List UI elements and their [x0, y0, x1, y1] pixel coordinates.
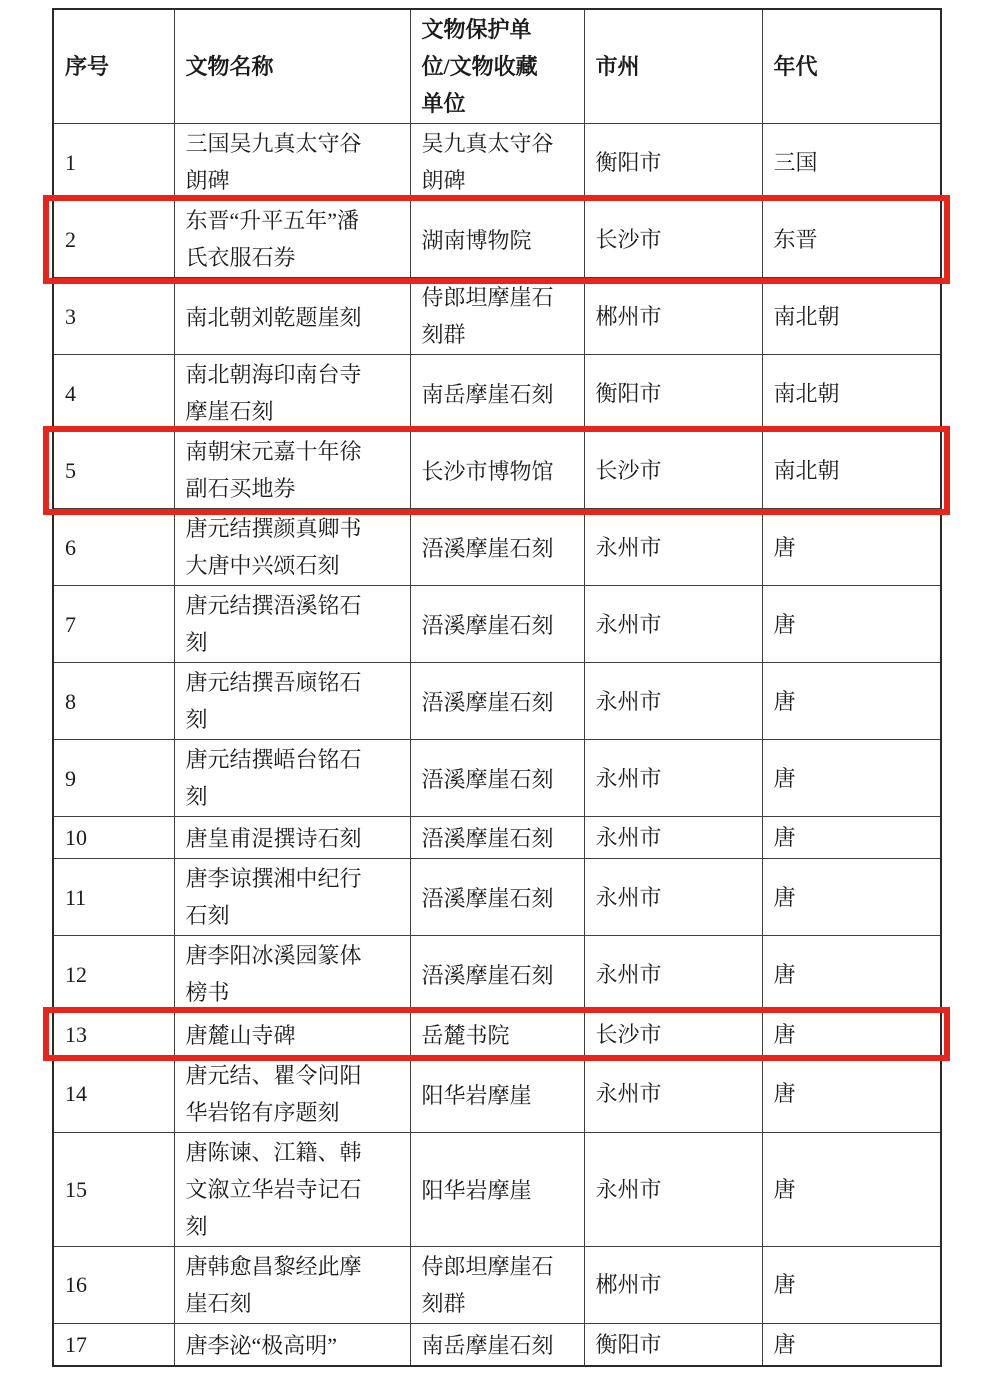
cell-city: 永州市: [584, 1055, 762, 1132]
cell-era: 唐: [762, 1013, 941, 1055]
cell-unit: 湖南博物院: [410, 201, 584, 278]
cell-name-text: 唐韩愈昌黎经此摩崖石刻: [186, 1248, 366, 1322]
cell-name: 唐元结撰浯溪铭石刻: [174, 586, 410, 663]
cell-city: 永州市: [584, 817, 762, 859]
table-row: 13唐麓山寺碑岳麓书院长沙市唐: [53, 1013, 941, 1055]
cell-unit-text: 侍郎坦摩崖石刻群: [422, 279, 558, 353]
cell-unit: 浯溪摩崖石刻: [410, 586, 584, 663]
cell-unit-text: 浯溪摩崖石刻: [422, 957, 554, 994]
cell-name: 唐元结撰颜真卿书大唐中兴颂石刻: [174, 509, 410, 586]
cell-unit: 阳华岩摩崖: [410, 1132, 584, 1246]
cell-name: 唐李泌“极高明”: [174, 1323, 410, 1366]
cell-unit-text: 南岳摩崖石刻: [422, 1327, 554, 1364]
cell-no: 2: [53, 201, 174, 278]
cell-city: 永州市: [584, 663, 762, 740]
table-row: 4南北朝海印南台寺摩崖石刻南岳摩崖石刻衡阳市南北朝: [53, 355, 941, 432]
cell-no: 4: [53, 355, 174, 432]
cell-era: 东晋: [762, 201, 941, 278]
cell-city: 郴州市: [584, 1246, 762, 1323]
cell-city: 永州市: [584, 1132, 762, 1246]
table-row: 1三国吴九真太守谷朗碑吴九真太守谷朗碑衡阳市三国: [53, 124, 941, 201]
cell-unit-text: 湖南博物院: [422, 222, 532, 259]
cell-unit-text: 浯溪摩崖石刻: [422, 530, 554, 567]
cell-no: 3: [53, 278, 174, 355]
table-row: 9唐元结撰峿台铭石刻浯溪摩崖石刻永州市唐: [53, 740, 941, 817]
cell-era: 唐: [762, 1132, 941, 1246]
cell-no: 16: [53, 1246, 174, 1323]
cell-name-text: 南北朝海印南台寺摩崖石刻: [186, 356, 366, 430]
column-header-name: 文物名称: [174, 9, 410, 124]
cell-name-text: 南朝宋元嘉十年徐副石买地券: [186, 433, 366, 507]
cell-era: 唐: [762, 817, 941, 859]
cell-name: 唐李阳冰溪园篆体榜书: [174, 936, 410, 1013]
cell-unit: 浯溪摩崖石刻: [410, 740, 584, 817]
cell-name: 唐韩愈昌黎经此摩崖石刻: [174, 1246, 410, 1323]
cell-name-text: 唐李泌“极高明”: [186, 1327, 338, 1364]
cell-name-text: 唐元结撰峿台铭石刻: [186, 741, 366, 815]
cell-unit: 长沙市博物馆: [410, 432, 584, 509]
cell-name: 南北朝刘乾题崖刻: [174, 278, 410, 355]
cell-unit-text: 长沙市博物馆: [422, 453, 554, 490]
table-row: 16唐韩愈昌黎经此摩崖石刻侍郎坦摩崖石刻群郴州市唐: [53, 1246, 941, 1323]
cell-no: 1: [53, 124, 174, 201]
cell-name-text: 唐元结撰颜真卿书大唐中兴颂石刻: [186, 510, 366, 584]
table-row: 17唐李泌“极高明”南岳摩崖石刻衡阳市唐: [53, 1323, 941, 1366]
cell-no: 9: [53, 740, 174, 817]
cell-name: 唐麓山寺碑: [174, 1013, 410, 1055]
table-row: 14唐元结、瞿令问阳华岩铭有序题刻阳华岩摩崖永州市唐: [53, 1055, 941, 1132]
table-row: 6唐元结撰颜真卿书大唐中兴颂石刻浯溪摩崖石刻永州市唐: [53, 509, 941, 586]
cell-city: 长沙市: [584, 432, 762, 509]
cell-city: 郴州市: [584, 278, 762, 355]
cell-name: 南朝宋元嘉十年徐副石买地券: [174, 432, 410, 509]
cell-unit-text: 阳华岩摩崖: [422, 1172, 532, 1209]
table-row: 8唐元结撰吾庼铭石刻浯溪摩崖石刻永州市唐: [53, 663, 941, 740]
table-row: 5南朝宋元嘉十年徐副石买地券长沙市博物馆长沙市南北朝: [53, 432, 941, 509]
cell-era: 南北朝: [762, 278, 941, 355]
cell-unit-text: 浯溪摩崖石刻: [422, 607, 554, 644]
cell-unit: 浯溪摩崖石刻: [410, 859, 584, 936]
column-header-city: 市州: [584, 9, 762, 124]
cell-no: 13: [53, 1013, 174, 1055]
cell-era: 南北朝: [762, 355, 941, 432]
cell-name-text: 唐麓山寺碑: [186, 1017, 296, 1054]
cell-era: 唐: [762, 509, 941, 586]
cell-era: 唐: [762, 1323, 941, 1366]
cell-unit: 侍郎坦摩崖石刻群: [410, 278, 584, 355]
cell-unit: 浯溪摩崖石刻: [410, 817, 584, 859]
cell-name: 唐元结、瞿令问阳华岩铭有序题刻: [174, 1055, 410, 1132]
cell-name: 唐皇甫湜撰诗石刻: [174, 817, 410, 859]
cell-unit-text: 浯溪摩崖石刻: [422, 761, 554, 798]
cell-city: 衡阳市: [584, 1323, 762, 1366]
column-header-no: 序号: [53, 9, 174, 124]
cell-unit-text: 侍郎坦摩崖石刻群: [422, 1248, 558, 1322]
cell-era: 南北朝: [762, 432, 941, 509]
cell-name: 唐李谅撰湘中纪行石刻: [174, 859, 410, 936]
cell-unit: 侍郎坦摩崖石刻群: [410, 1246, 584, 1323]
cell-era: 唐: [762, 740, 941, 817]
cell-era: 唐: [762, 1055, 941, 1132]
cell-no: 15: [53, 1132, 174, 1246]
cell-name: 唐元结撰峿台铭石刻: [174, 740, 410, 817]
cell-era: 唐: [762, 586, 941, 663]
cell-unit-text: 吴九真太守谷朗碑: [422, 125, 558, 199]
cell-no: 14: [53, 1055, 174, 1132]
cell-unit-text: 浯溪摩崖石刻: [422, 684, 554, 721]
cell-city: 永州市: [584, 740, 762, 817]
cell-name-text: 唐李阳冰溪园篆体榜书: [186, 937, 366, 1011]
cell-no: 17: [53, 1323, 174, 1366]
table-row: 10唐皇甫湜撰诗石刻浯溪摩崖石刻永州市唐: [53, 817, 941, 859]
table-row: 15唐陈谏、江籍、韩文溆立华岩寺记石刻阳华岩摩崖永州市唐: [53, 1132, 941, 1246]
cell-unit: 南岳摩崖石刻: [410, 355, 584, 432]
cell-city: 永州市: [584, 936, 762, 1013]
cell-era: 唐: [762, 663, 941, 740]
cell-unit: 南岳摩崖石刻: [410, 1323, 584, 1366]
cell-city: 长沙市: [584, 201, 762, 278]
cell-name-text: 南北朝刘乾题崖刻: [186, 299, 362, 336]
cell-city: 永州市: [584, 586, 762, 663]
cell-name-text: 唐李谅撰湘中纪行石刻: [186, 860, 366, 934]
table-row: 12唐李阳冰溪园篆体榜书浯溪摩崖石刻永州市唐: [53, 936, 941, 1013]
cell-name-text: 唐元结、瞿令问阳华岩铭有序题刻: [186, 1057, 366, 1131]
document-page: 序号文物名称文物保护单位/文物收藏单位市州年代 1三国吴九真太守谷朗碑吴九真太守…: [0, 0, 993, 1376]
cell-era: 唐: [762, 1246, 941, 1323]
cell-no: 12: [53, 936, 174, 1013]
cell-unit: 浯溪摩崖石刻: [410, 663, 584, 740]
column-header-unit: 文物保护单位/文物收藏单位: [410, 9, 584, 124]
cell-no: 8: [53, 663, 174, 740]
cell-city: 永州市: [584, 859, 762, 936]
cell-city: 长沙市: [584, 1013, 762, 1055]
cell-unit-text: 南岳摩崖石刻: [422, 376, 554, 413]
table-row: 11唐李谅撰湘中纪行石刻浯溪摩崖石刻永州市唐: [53, 859, 941, 936]
relics-table: 序号文物名称文物保护单位/文物收藏单位市州年代 1三国吴九真太守谷朗碑吴九真太守…: [52, 8, 942, 1367]
cell-era: 唐: [762, 936, 941, 1013]
table-row: 2东晋“升平五年”潘氏衣服石券湖南博物院长沙市东晋: [53, 201, 941, 278]
cell-name-text: 唐陈谏、江籍、韩文溆立华岩寺记石刻: [186, 1134, 366, 1245]
cell-unit-text: 阳华岩摩崖: [422, 1077, 532, 1114]
column-header-unit-text: 文物保护单位/文物收藏单位: [422, 11, 558, 122]
cell-no: 5: [53, 432, 174, 509]
table-row: 7唐元结撰浯溪铭石刻浯溪摩崖石刻永州市唐: [53, 586, 941, 663]
cell-name-text: 唐元结撰浯溪铭石刻: [186, 587, 366, 661]
cell-city: 衡阳市: [584, 355, 762, 432]
cell-name: 唐陈谏、江籍、韩文溆立华岩寺记石刻: [174, 1132, 410, 1246]
cell-era: 三国: [762, 124, 941, 201]
cell-unit-text: 岳麓书院: [422, 1017, 510, 1054]
cell-name-text: 唐皇甫湜撰诗石刻: [186, 820, 362, 857]
cell-name-text: 唐元结撰吾庼铭石刻: [186, 664, 366, 738]
table-row: 3南北朝刘乾题崖刻侍郎坦摩崖石刻群郴州市南北朝: [53, 278, 941, 355]
cell-unit: 浯溪摩崖石刻: [410, 936, 584, 1013]
cell-unit: 吴九真太守谷朗碑: [410, 124, 584, 201]
cell-unit: 阳华岩摩崖: [410, 1055, 584, 1132]
cell-name-text: 三国吴九真太守谷朗碑: [186, 125, 366, 199]
table-header-row: 序号文物名称文物保护单位/文物收藏单位市州年代: [53, 9, 941, 124]
cell-era: 唐: [762, 859, 941, 936]
cell-name-text: 东晋“升平五年”潘氏衣服石券: [186, 202, 366, 276]
cell-unit-text: 浯溪摩崖石刻: [422, 820, 554, 857]
cell-name: 南北朝海印南台寺摩崖石刻: [174, 355, 410, 432]
cell-city: 衡阳市: [584, 124, 762, 201]
cell-name: 三国吴九真太守谷朗碑: [174, 124, 410, 201]
cell-city: 永州市: [584, 509, 762, 586]
cell-name: 唐元结撰吾庼铭石刻: [174, 663, 410, 740]
cell-unit-text: 浯溪摩崖石刻: [422, 880, 554, 917]
cell-name: 东晋“升平五年”潘氏衣服石券: [174, 201, 410, 278]
cell-unit: 浯溪摩崖石刻: [410, 509, 584, 586]
cell-no: 11: [53, 859, 174, 936]
cell-no: 7: [53, 586, 174, 663]
column-header-era: 年代: [762, 9, 941, 124]
cell-no: 10: [53, 817, 174, 859]
cell-unit: 岳麓书院: [410, 1013, 584, 1055]
cell-no: 6: [53, 509, 174, 586]
